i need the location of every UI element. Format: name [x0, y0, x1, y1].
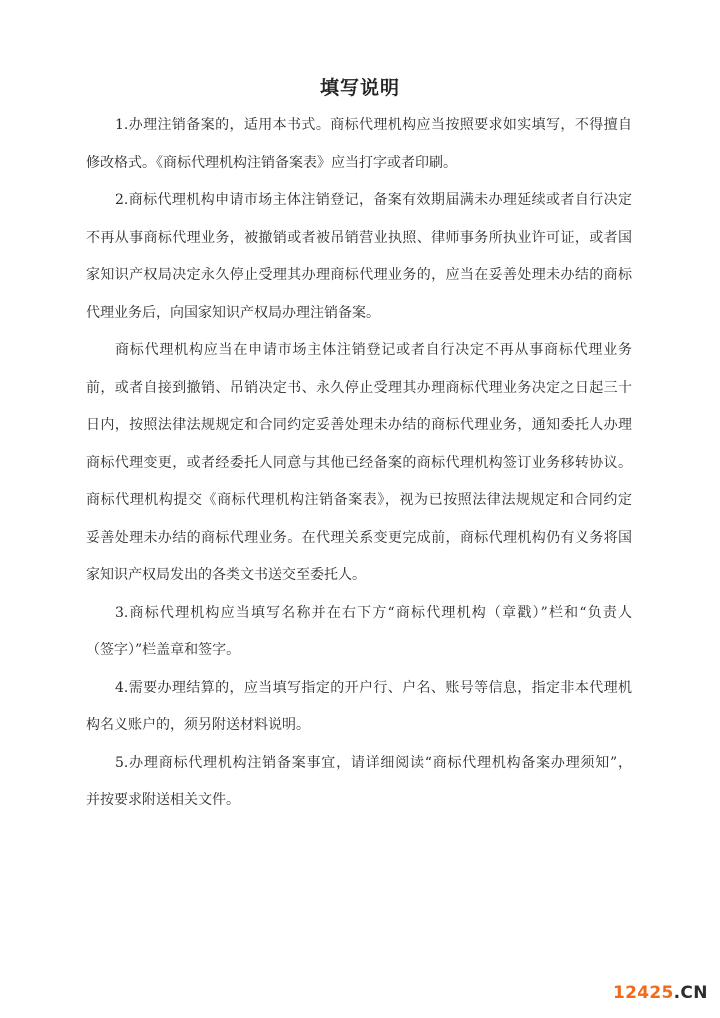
instructions-body: 1.办理注销备案的，适用本书式。商标代理机构应当按照要求如实填写，不得擅自 修改…: [86, 107, 632, 820]
paragraph-item-2: 2.商标代理机构申请市场主体注销登记，备案有效期届满未办理延续或者自行决定 不再…: [86, 182, 632, 332]
paragraph-item-3: 3.商标代理机构应当填写名称并在右下方“商标代理机构（章戳）”栏和“负责人 （签…: [86, 595, 632, 670]
text-line: 家知识产权局发出的各类文书送交至委托人。: [86, 557, 632, 595]
document-title: 填写说明: [0, 69, 720, 107]
text-line: 日内，按照法律法规规定和合同约定妥善处理未办结的商标代理业务，通知委托人办理: [86, 407, 632, 445]
text-line: 商标代理机构提交《商标代理机构注销备案表》，视为已按照法律法规规定和合同约定: [86, 482, 632, 520]
watermark-domain: .CN: [674, 983, 708, 1003]
text-line: 代理业务后，向国家知识产权局办理注销备案。: [86, 295, 632, 333]
text-line: 商标代理变更，或者经委托人同意与其他已经备案的商标代理机构签订业务移转协议。: [86, 445, 632, 483]
text-line: 前，或者自接到撤销、吊销决定书、永久停止受理其办理商标代理业务决定之日起三十: [86, 370, 632, 408]
paragraph-item-4: 4.需要办理结算的，应当填写指定的开户行、户名、账号等信息，指定非本代理机 构名…: [86, 670, 632, 745]
text-line: 构名义账户的，须另附送材料说明。: [86, 707, 632, 745]
text-line: 妥善处理未办结的商标代理业务。在代理关系变更完成前，商标代理机构仍有义务将国: [86, 520, 632, 558]
text-line: 1.办理注销备案的，适用本书式。商标代理机构应当按照要求如实填写，不得擅自: [115, 107, 632, 145]
text-line: 2.商标代理机构申请市场主体注销登记，备案有效期届满未办理延续或者自行决定: [115, 182, 632, 220]
text-line: （签字）”栏盖章和签字。: [86, 632, 632, 670]
paragraph-item-5: 5.办理商标代理机构注销备案事宜，请详细阅读“商标代理机构备案办理须知”， 并按…: [86, 745, 632, 820]
paragraph-item-1: 1.办理注销备案的，适用本书式。商标代理机构应当按照要求如实填写，不得擅自 修改…: [86, 107, 632, 182]
text-line: 4.需要办理结算的，应当填写指定的开户行、户名、账号等信息，指定非本代理机: [115, 670, 632, 708]
text-line: 3.商标代理机构应当填写名称并在右下方“商标代理机构（章戳）”栏和“负责人: [115, 595, 632, 633]
document-page: 填写说明 1.办理注销备案的，适用本书式。商标代理机构应当按照要求如实填写，不得…: [0, 0, 720, 1018]
text-line: 家知识产权局决定永久停止受理其办理商标代理业务的，应当在妥善处理未办结的商标: [86, 257, 632, 295]
site-watermark: 12425.CN: [613, 981, 708, 1005]
text-line: 不再从事商标代理业务，被撤销或者被吊销营业执照、律师事务所执业许可证，或者国: [86, 220, 632, 258]
paragraph-item-2-continued: 商标代理机构应当在申请市场主体注销登记或者自行决定不再从事商标代理业务 前，或者…: [86, 332, 632, 595]
text-line: 商标代理机构应当在申请市场主体注销登记或者自行决定不再从事商标代理业务: [115, 332, 632, 370]
text-line: 5.办理商标代理机构注销备案事宜，请详细阅读“商标代理机构备案办理须知”，: [115, 745, 632, 783]
text-line: 修改格式。《商标代理机构注销备案表》应当打字或者印刷。: [86, 145, 632, 183]
text-line: 并按要求附送相关文件。: [86, 782, 632, 820]
watermark-number: 12425: [613, 983, 674, 1003]
